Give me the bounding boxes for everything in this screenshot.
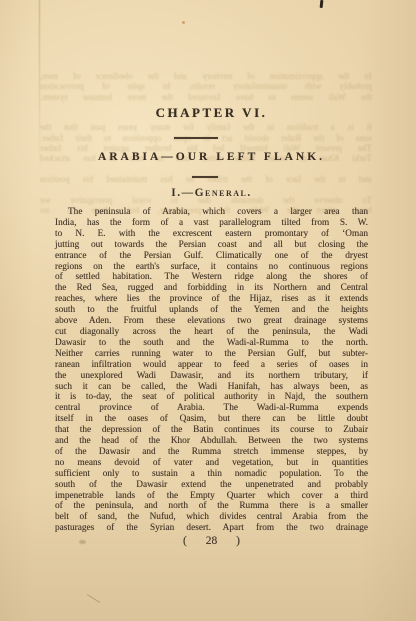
page-content: CHAPTER VI. ARABIA—OUR LEFT FLANK. I.—Ge… <box>55 0 368 547</box>
body-text-line: such it can be called, the Wadi Hanifah,… <box>55 382 368 393</box>
body-text-line: cut diagonally across the heart of the p… <box>55 327 368 338</box>
body-text-line: of the Dawasir and the Rumma stretch imm… <box>55 447 368 458</box>
body-text-line: central province of Arabia. The Wadi-al-… <box>55 403 368 414</box>
body-text-line: it is to-day, the seat of political auth… <box>55 392 368 403</box>
body-text-line: ranean infiltration would appear to feed… <box>55 360 368 371</box>
body-text-line: the Red Sea, rugged and forbidding in it… <box>55 283 368 294</box>
body-text-line: sufficient only to sustain a thin nomadi… <box>55 469 368 480</box>
body-text-line: belt of sand, the Nufud, which divides c… <box>55 512 368 523</box>
body-text: The peninsula of Arabia, which covers a … <box>55 207 368 534</box>
body-text-line: south to the fruitful uplands of the Yem… <box>55 305 368 316</box>
body-text-line: and the head of the Khor Abdullah. Betwe… <box>55 436 368 447</box>
body-text-line: no means devoid of vater and vegetation,… <box>55 458 368 469</box>
body-text-line: jutting out towards the Persian coast an… <box>55 240 368 251</box>
body-text-line: itself in the oases of Qasim, but there … <box>55 414 368 425</box>
body-text-line: the unexplored Wadi Dawasir, and its nor… <box>55 371 368 382</box>
scanned-book-page: In the approximation of territory and th… <box>0 0 416 621</box>
body-text-line: pasturages of the Syrian desert. Apart f… <box>55 523 368 534</box>
page-number: ( 28 ) <box>55 535 368 547</box>
body-text-line: above Aden. From these elevations two gr… <box>55 316 368 327</box>
chapter-heading: CHAPTER VI. <box>55 105 368 121</box>
page-title: ARABIA—OUR LEFT FLANK. <box>55 151 368 163</box>
body-text-line: The peninsula of Arabia, which covers a … <box>55 207 368 218</box>
body-text-line: impenetrable lands of the Empty Quarter … <box>55 491 368 502</box>
body-text-line: Neither carries running water to the Per… <box>55 349 368 360</box>
body-text-line: India, has the form of a vast parallelog… <box>55 218 368 229</box>
body-text-line: south of the Dawasir extend the unpenetr… <box>55 480 368 491</box>
body-text-line: Dawasir to the south and the Wadi-al-Rum… <box>55 338 368 349</box>
paper-speck <box>182 21 185 24</box>
body-text-line: to N. E. with the excrescent eastern pro… <box>55 229 368 240</box>
body-text-line: reaches, where lies the province of the … <box>55 294 368 305</box>
body-text-line: that the depression of the Batin continu… <box>55 425 368 436</box>
body-text-line: of the peninsula, and north of the Rumma… <box>55 501 368 512</box>
body-text-line: regions on the earth's surface, it conta… <box>55 262 368 273</box>
body-text-line: of settled habitation. The Western ridge… <box>55 272 368 283</box>
ornamental-rule-bottom <box>192 176 218 178</box>
paper-smudge <box>79 540 86 544</box>
paper-scratch <box>87 594 100 603</box>
section-heading: I.—General. <box>55 187 368 199</box>
body-text-line: entrance of the Persian Gulf. Climatical… <box>55 251 368 262</box>
ornamental-rule-top <box>174 137 218 139</box>
paper-crease <box>39 0 40 175</box>
